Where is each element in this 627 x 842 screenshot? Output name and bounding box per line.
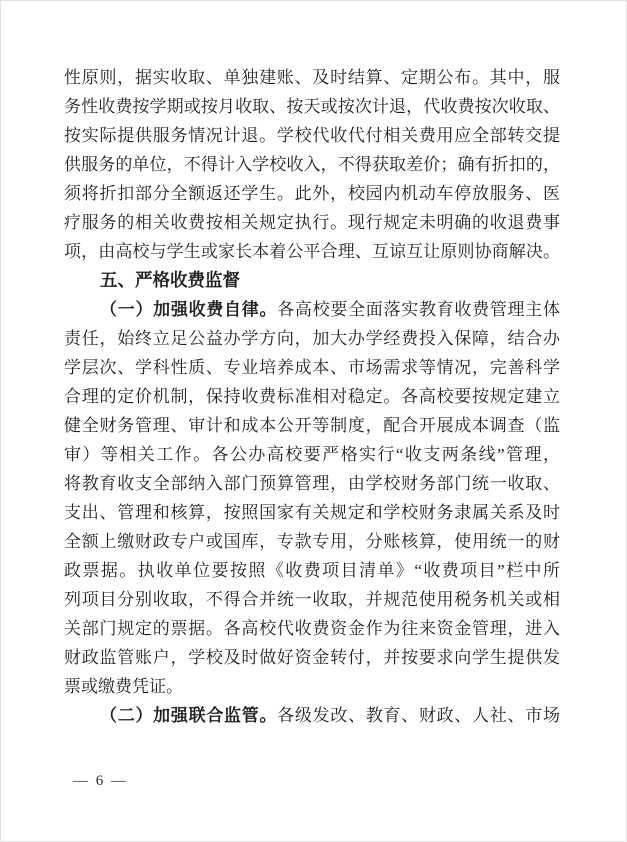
text-line: 务性收费按学期或按月收取、按天或按次计退，代收费按次收取、 bbox=[64, 92, 560, 121]
paragraph-rest-text: 各高校要全面落实教育收费管理主体 bbox=[277, 300, 560, 319]
text-line: 全额上缴财政专户或国库，专款专用，分账核算，使用统一的财 bbox=[64, 527, 560, 556]
text-line: 供服务的单位，不得计入学校收入，不得获取差价；确有折扣的， bbox=[64, 150, 560, 179]
paragraph-lead-text: （二）加强联合监管。 bbox=[100, 706, 277, 725]
paragraph-rest-text: 各级发改、教育、财政、人社、市场 bbox=[277, 706, 560, 725]
text-line: （二）加强联合监管。各级发改、教育、财政、人社、市场 bbox=[64, 701, 560, 730]
text-line: 责任，始终立足公益办学方向，加大办学经费投入保障，结合办 bbox=[64, 324, 560, 353]
page-number: — 6 — bbox=[73, 771, 128, 791]
text-line: 将教育收支全部纳入部门预算管理，由学校财务部门统一收取、 bbox=[64, 469, 560, 498]
text-line: 支出、管理和核算，按照国家有关规定和学校财务隶属关系及时 bbox=[64, 498, 560, 527]
text-line: 须将折扣部分全额返还学生。此外，校园内机动车停放服务、医 bbox=[64, 179, 560, 208]
text-line: （一）加强收费自律。各高校要全面落实教育收费管理主体 bbox=[64, 295, 560, 324]
text-line: 学层次、学科性质、专业培养成本、市场需求等情况，完善科学 bbox=[64, 353, 560, 382]
section-heading: 五、严格收费监督 bbox=[64, 266, 560, 295]
text-line: 健全财务管理、审计和成本公开等制度，配合开展成本调查（监 bbox=[64, 411, 560, 440]
text-line: 疗服务的相关收费按相关规定执行。现行规定未明确的收退费事 bbox=[64, 208, 560, 237]
text-line: 审）等相关工作。各公办高校要严格实行“收支两条线”管理， bbox=[64, 440, 560, 469]
text-line: 项，由高校与学生或家长本着公平合理、互谅互让原则协商解决。 bbox=[64, 237, 560, 266]
text-line: 票或缴费凭证。 bbox=[64, 672, 560, 701]
text-line: 按实际提供服务情况计退。学校代收代付相关费用应全部转交提 bbox=[64, 121, 560, 150]
text-line: 政票据。执收单位要按照《收费项目清单》“收费项目”栏中所 bbox=[64, 556, 560, 585]
text-line: 性原则，据实收取、单独建账、及时结算、定期公布。其中，服 bbox=[64, 63, 560, 92]
document-body: 性原则，据实收取、单独建账、及时结算、定期公布。其中，服 务性收费按学期或按月收… bbox=[64, 63, 560, 730]
text-line: 列项目分别收取，不得合并统一收取，并规范使用税务机关或相 bbox=[64, 585, 560, 614]
document-page: 性原则，据实收取、单独建账、及时结算、定期公布。其中，服 务性收费按学期或按月收… bbox=[0, 0, 627, 842]
text-line: 关部门规定的票据。各高校代收费资金作为往来资金管理，进入 bbox=[64, 614, 560, 643]
paragraph-lead-text: （一）加强收费自律。 bbox=[100, 300, 277, 319]
text-line: 合理的定价机制，保持收费标准相对稳定。各高校要按规定建立 bbox=[64, 382, 560, 411]
text-line: 财政监管账户，学校及时做好资金转付，并按要求向学生提供发 bbox=[64, 643, 560, 672]
